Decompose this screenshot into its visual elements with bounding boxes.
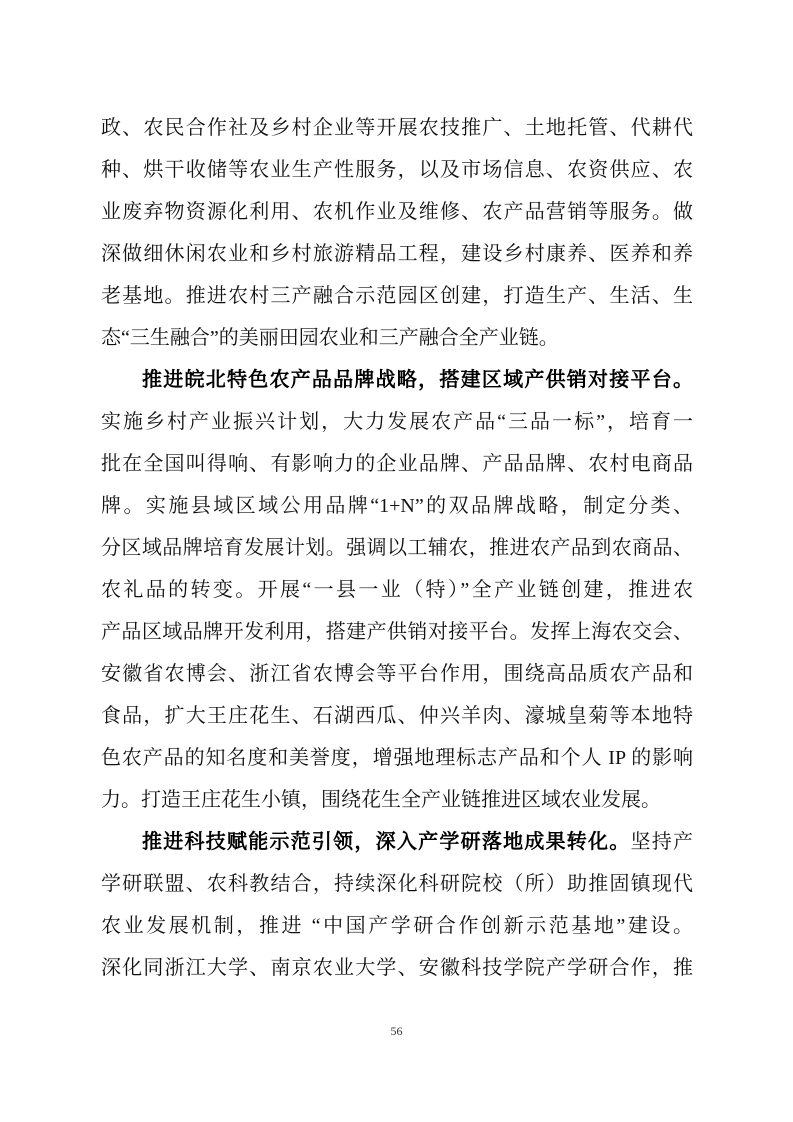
paragraph-lead-tail: 坚持产	[631, 831, 693, 853]
paragraph-brand-strategy: 推进皖北特色农产品品牌战略，搭建区域产供销对接平台。 实施乡村产业振兴计划，大力…	[101, 359, 693, 821]
paragraph-tech-empowerment: 推进科技赋能示范引领，深入产学研落地成果转化。坚持产 学研联盟、农科教结合，持续…	[101, 821, 693, 989]
text-line: 批在全国叫得响、有影响力的企业品牌、产品品牌、农村电商品	[101, 443, 693, 485]
text-line: 老基地。推进农村三产融合示范园区创建，打造生产、生活、生	[101, 275, 693, 317]
text-line: 农业发展机制，推进 “中国产学研合作创新示范基地”建设。	[101, 905, 693, 947]
text-line: 农礼品的转变。开展“一县一业（特）”全产业链创建，推进农	[101, 569, 693, 611]
text-line: 色农产品的知名度和美誉度，增强地理标志产品和个人 IP 的影响	[101, 737, 693, 779]
paragraph-lead-heading: 推进科技赋能示范引领，深入产学研落地成果转化。	[142, 831, 631, 853]
text-line: 种、烘干收储等农业生产性服务，以及市场信息、农资供应、农	[101, 149, 693, 191]
paragraph-lead-line: 推进皖北特色农产品品牌战略，搭建区域产供销对接平台。	[101, 359, 693, 401]
text-line: 力。打造王庄花生小镇，围绕花生全产业链推进区域农业发展。	[101, 779, 693, 821]
text-line: 深做细休闲农业和乡村旅游精品工程，建设乡村康养、医养和养	[101, 233, 693, 275]
paragraph-lead-line: 推进科技赋能示范引领，深入产学研落地成果转化。坚持产	[101, 821, 693, 863]
text-line: 实施乡村产业振兴计划，大力发展农产品“三品一标”，培育一	[101, 401, 693, 443]
text-line: 深化同浙江大学、南京农业大学、安徽科技学院产学研合作，推	[101, 947, 693, 989]
document-page: 政、农民合作社及乡村企业等开展农技推广、土地托管、代耕代 种、烘干收储等农业生产…	[0, 0, 793, 1122]
text-line: 业废弃物资源化利用、农机作业及维修、农产品营销等服务。做	[101, 191, 693, 233]
text-line: 牌。实施县域区域公用品牌“1+N”的双品牌战略，制定分类、	[101, 485, 693, 527]
page-number: 56	[0, 1024, 793, 1039]
body-text: 政、农民合作社及乡村企业等开展农技推广、土地托管、代耕代 种、烘干收储等农业生产…	[101, 107, 693, 989]
text-line: 学研联盟、农科教结合，持续深化科研院校（所）助推固镇现代	[101, 863, 693, 905]
text-line: 态“三生融合”的美丽田园农业和三产融合全产业链。	[101, 317, 693, 359]
text-line: 安徽省农博会、浙江省农博会等平台作用，围绕高品质农产品和	[101, 653, 693, 695]
text-line: 分区域品牌培育发展计划。强调以工辅农，推进农产品到农商品、	[101, 527, 693, 569]
paragraph-lead-heading: 推进皖北特色农产品品牌战略，搭建区域产供销对接平台。	[142, 369, 693, 391]
text-line: 政、农民合作社及乡村企业等开展农技推广、土地托管、代耕代	[101, 107, 693, 149]
text-line: 食品，扩大王庄花生、石湖西瓜、仲兴羊肉、濠城皇菊等本地特	[101, 695, 693, 737]
text-line: 产品区域品牌开发利用，搭建产供销对接平台。发挥上海农交会、	[101, 611, 693, 653]
paragraph-rural-services: 政、农民合作社及乡村企业等开展农技推广、土地托管、代耕代 种、烘干收储等农业生产…	[101, 107, 693, 359]
